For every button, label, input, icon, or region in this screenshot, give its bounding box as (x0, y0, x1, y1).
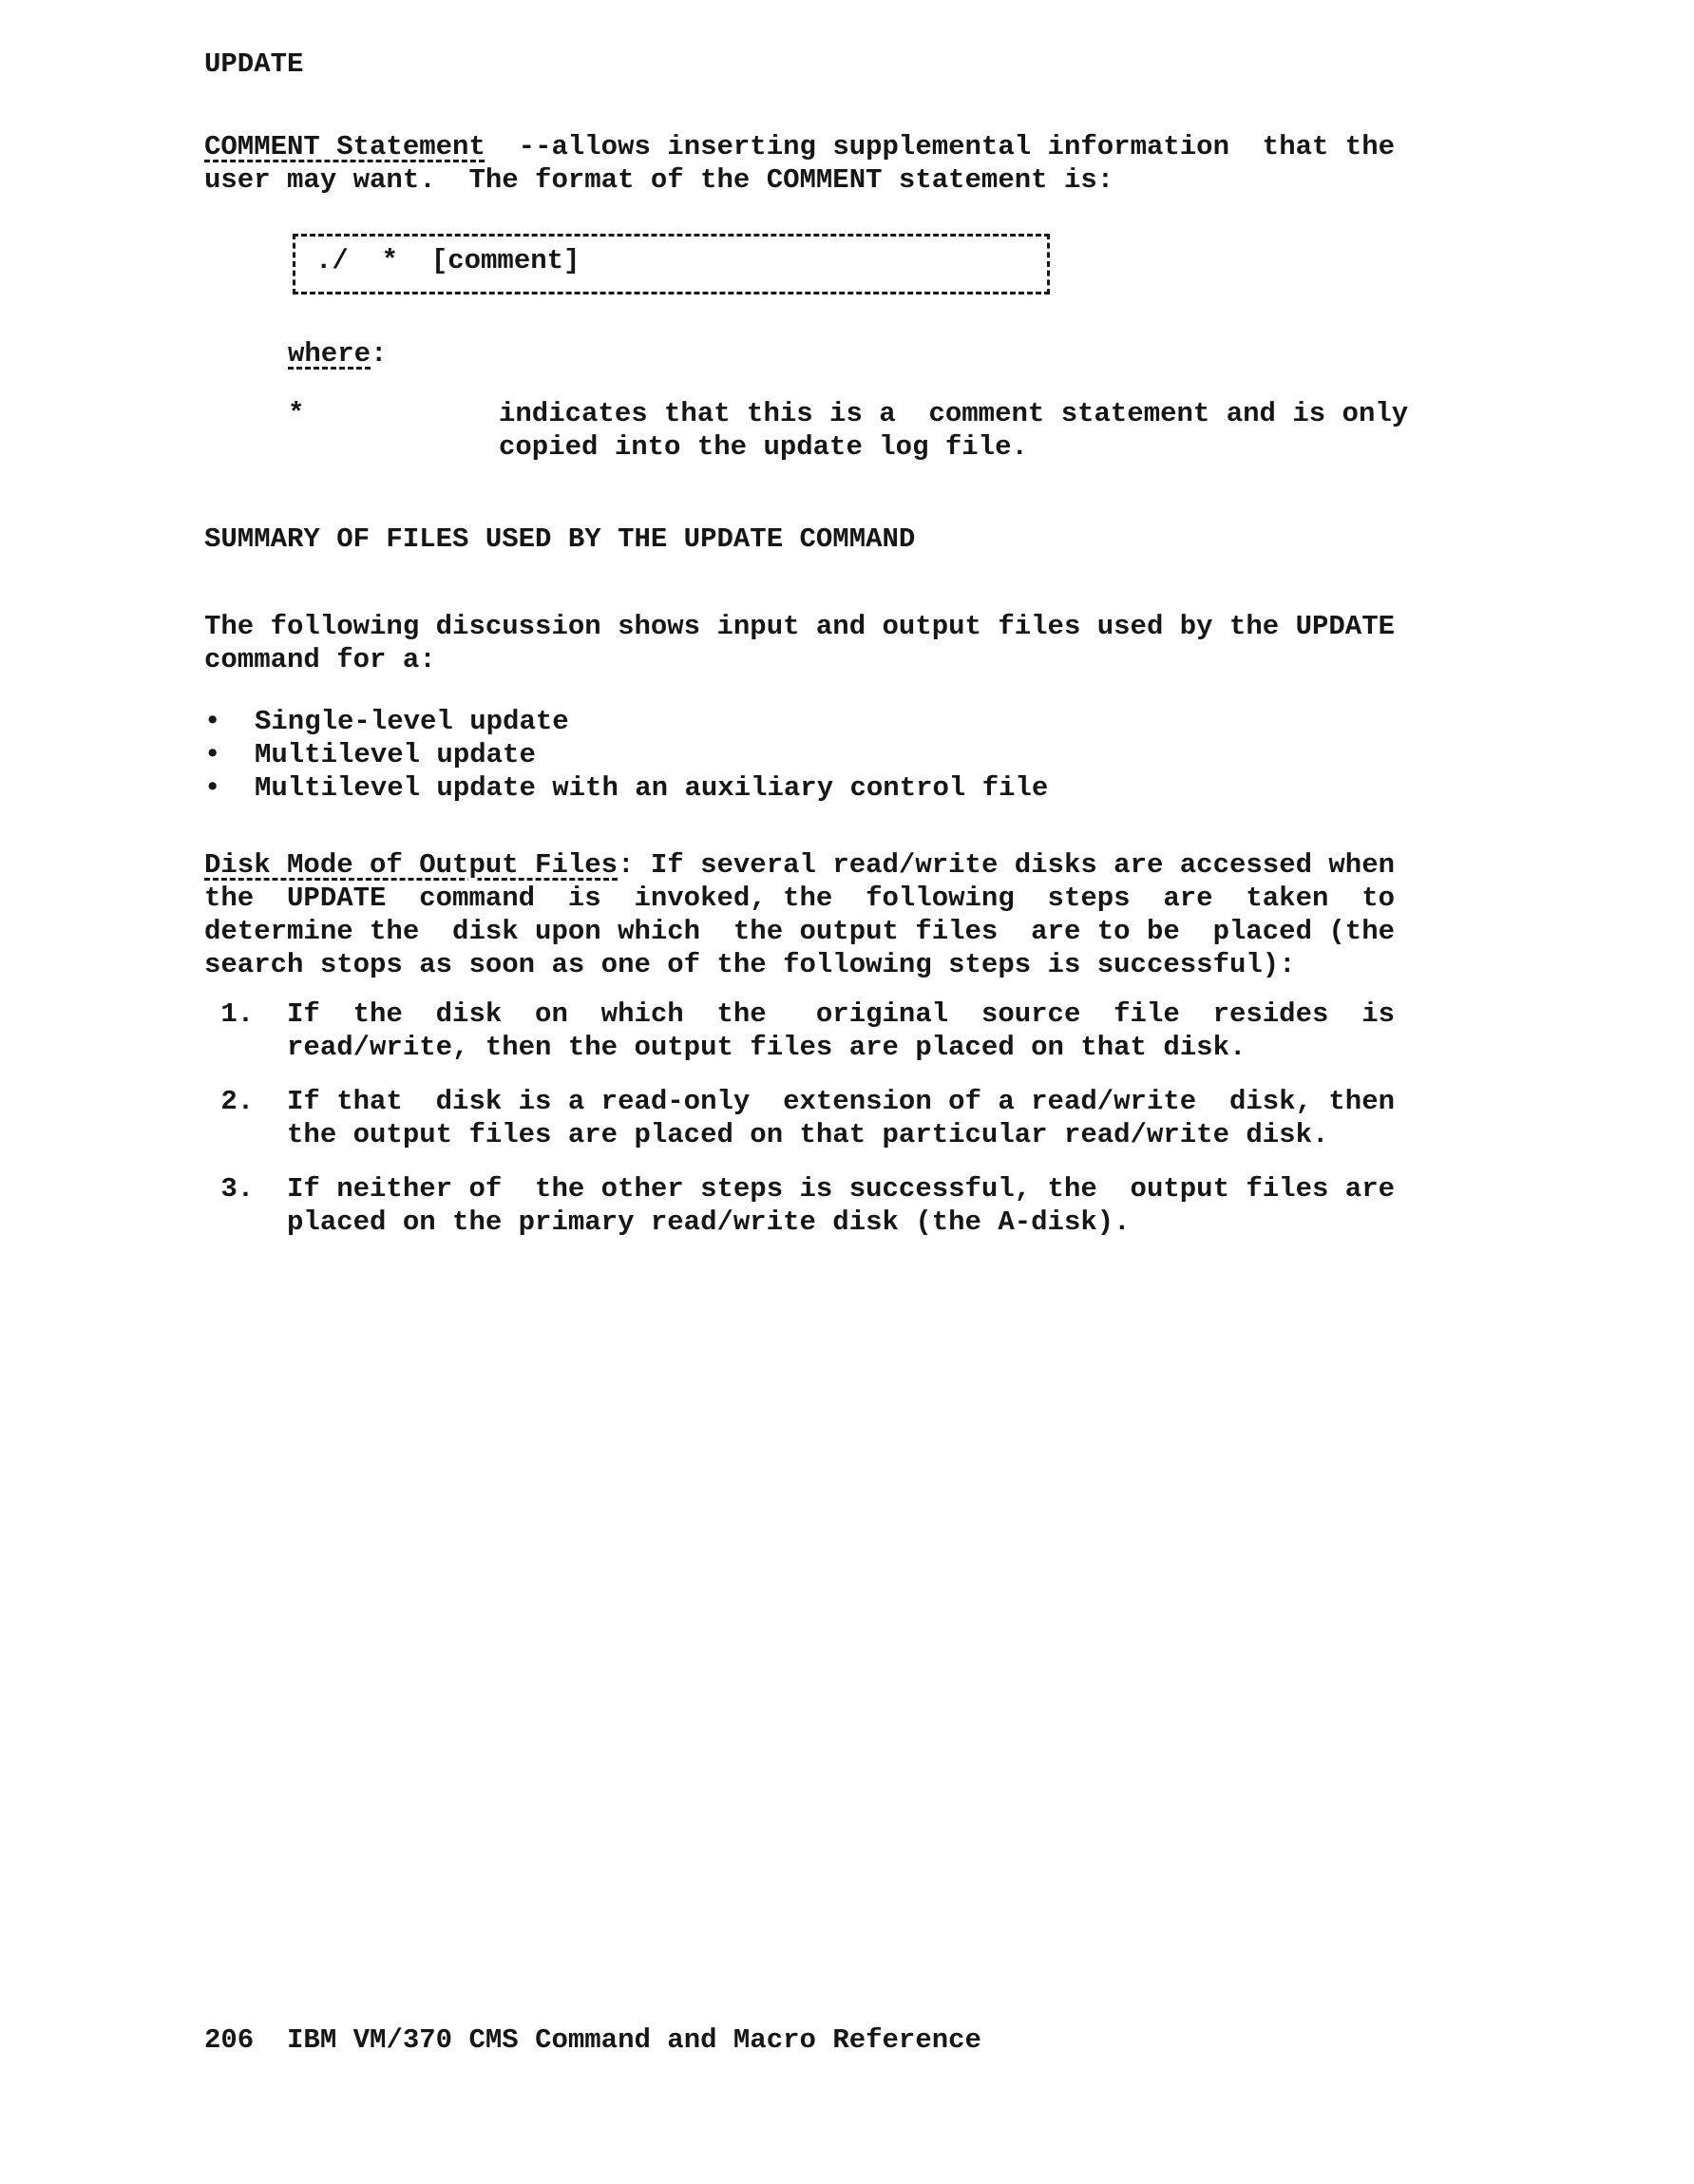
comment-lead-underlined: COMMENT Statement (204, 131, 485, 162)
disk-mode-line3: determine the disk upon which the output… (204, 915, 1395, 948)
step-2-line2: the output files are placed on that part… (204, 1118, 1328, 1151)
list-item: •Multilevel update (204, 738, 536, 771)
disk-mode-line4: search stops as soon as one of the follo… (204, 948, 1296, 981)
comment-format-text: ./ * [comment] (315, 244, 580, 277)
where-colon: : (371, 338, 387, 370)
step-1-line1: 1. If the disk on which the original sou… (204, 997, 1395, 1031)
page-header: UPDATE (204, 47, 303, 81)
operand-desc-line2: copied into the update log file. (499, 430, 1028, 464)
operand-asterisk: * (288, 397, 304, 430)
footer-separator (254, 2024, 287, 2056)
comment-lead-rest: --allows inserting supplemental informat… (485, 131, 1395, 162)
step-1-line2: read/write, then the output files are pl… (204, 1031, 1246, 1064)
summary-intro-line1: The following discussion shows input and… (204, 610, 1395, 643)
list-item: •Multilevel update with an auxiliary con… (204, 771, 1048, 805)
step-3-line2: placed on the primary read/write disk (t… (204, 1206, 1131, 1239)
bullet-label: Multilevel update with an auxiliary cont… (255, 772, 1048, 804)
disk-mode-lead-underlined: Disk Mode of Output Files (204, 849, 618, 881)
disk-mode-lead-line: Disk Mode of Output Files: If several re… (204, 848, 1395, 882)
footer-page-number: 206 (204, 2024, 254, 2056)
disk-mode-lead-rest: : If several read/write disks are access… (618, 849, 1395, 881)
comment-line2: user may want. The format of the COMMENT… (204, 163, 1113, 197)
bullet-label: Single-level update (255, 706, 569, 737)
summary-heading: SUMMARY OF FILES USED BY THE UPDATE COMM… (204, 522, 915, 556)
where-label: where (288, 338, 371, 370)
list-item: •Single-level update (204, 705, 569, 738)
comment-format-box: ./ * [comment] (293, 234, 1050, 294)
operand-desc-line1: indicates that this is a comment stateme… (499, 397, 1408, 430)
step-3-line1: 3. If neither of the other steps is succ… (204, 1172, 1395, 1206)
comment-lead-line: COMMENT Statement --allows inserting sup… (204, 130, 1395, 163)
summary-intro-line2: command for a: (204, 643, 436, 676)
page-footer: 206 IBM VM/370 CMS Command and Macro Ref… (204, 2023, 981, 2057)
bullet-icon: • (204, 705, 255, 738)
bullet-icon: • (204, 738, 255, 771)
bullet-label: Multilevel update (255, 739, 536, 770)
manual-page: UPDATE COMMENT Statement --allows insert… (0, 0, 1694, 2184)
where-label-line: where: (288, 337, 387, 370)
disk-mode-line2: the UPDATE command is invoked, the follo… (204, 882, 1395, 915)
step-2-line1: 2. If that disk is a read-only extension… (204, 1085, 1395, 1118)
bullet-icon: • (204, 771, 255, 805)
footer-title: IBM VM/370 CMS Command and Macro Referen… (287, 2024, 981, 2056)
